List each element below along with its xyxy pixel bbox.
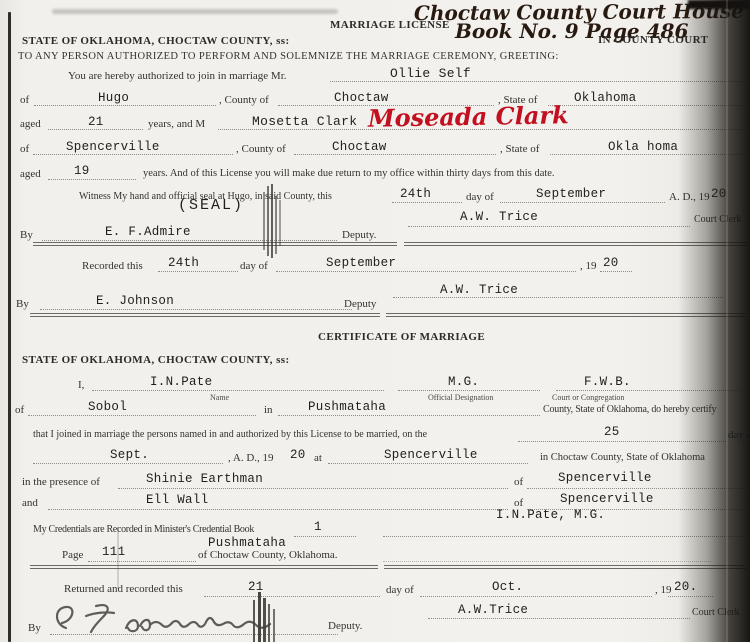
witness-dayof-label: day of (466, 191, 494, 203)
witness1-city-value: Spencerville (558, 471, 652, 485)
joined-label: that I joined in marriage the persons na… (33, 429, 427, 440)
certificate-place-value: Spencerville (384, 448, 478, 462)
ink-stroke (279, 200, 281, 246)
court-sublabel: Court or Congregation (552, 393, 624, 402)
leader-line (392, 202, 462, 203)
returned-clerk-title: Court Clerk (692, 607, 740, 618)
recorded-deputy-label: Deputy (344, 298, 376, 310)
leader-line (48, 509, 508, 510)
certificate-state-heading: STATE OF OKLAHOMA, CHOCTAW COUNTY, ss: (22, 354, 290, 366)
groom-county-label: , County of (219, 94, 269, 106)
marriage-license-scan: Choctaw County Court House Book No. 9 Pa… (0, 0, 750, 642)
leader-line (527, 488, 745, 489)
leader-line (428, 618, 690, 619)
leader-line (398, 390, 540, 391)
credentials-label: My Credentials are Recorded in Minister'… (33, 524, 254, 535)
license-greeting: TO ANY PERSON AUTHORIZED TO PERFORM AND … (18, 51, 559, 62)
witness1-value: Shinie Earthman (146, 472, 263, 486)
certificate-dayof-label: day of (728, 429, 750, 441)
certificate-county-value: Pushmataha (308, 400, 386, 414)
returned-dayof-label: day of (386, 584, 414, 596)
returned-clerk-value: A.W.Trice (458, 603, 528, 617)
certificate-ad-label: , A. D., 19 (228, 452, 274, 464)
leader-line (600, 271, 632, 272)
leader-line (48, 129, 143, 130)
bride-state-value: Okla homa (608, 140, 678, 154)
scan-shadow-top (688, 0, 750, 9)
witness-clerk-title: Court Clerk (694, 214, 742, 225)
returned-day-value: 21 (248, 580, 264, 594)
scan-smudge (52, 9, 338, 14)
leader-line (33, 154, 233, 155)
leader-line (276, 271, 576, 272)
returned-year-value: 20. (674, 580, 697, 594)
deputy-signature (52, 596, 292, 642)
designation-sublabel: Official Designation (428, 393, 493, 402)
leader-line (28, 415, 256, 416)
recorded-deputy-value: E. Johnson (96, 294, 174, 308)
leader-line (48, 179, 136, 180)
recorded-by-label: By (16, 298, 29, 310)
leader-line (548, 105, 745, 106)
bride-age-value: 19 (74, 164, 90, 178)
page-binding-line (8, 12, 11, 642)
leader-line (328, 463, 528, 464)
scan-shadow-seam (726, 0, 728, 642)
certificate-of-label: of (15, 404, 24, 416)
returned-by-label: By (28, 622, 41, 634)
leader-line (294, 154, 496, 155)
leader-line (518, 441, 726, 442)
bride-county-label: , County of (236, 143, 286, 155)
leader-line (40, 309, 352, 310)
recorded-clerk-value: A.W. Trice (440, 283, 518, 297)
recorded-month-value: September (326, 256, 396, 270)
page-value: 111 (102, 545, 125, 559)
witness-year-value: 20 (711, 187, 727, 201)
section-rule (386, 313, 746, 317)
returned-month-value: Oct. (492, 580, 523, 594)
annotation-red-name: Moseada Clark (368, 100, 569, 132)
name-sublabel: Name (210, 393, 229, 402)
bride-aged-label: aged (20, 168, 41, 180)
scan-shadow (678, 0, 750, 642)
section-rule (384, 565, 746, 569)
certificate-city-value: Sobol (88, 400, 127, 414)
bride-city-value: Spencerville (66, 140, 160, 154)
bride-name-value: Mosetta Clark (252, 114, 357, 129)
witness-day-value: 24th (400, 187, 431, 201)
leader-line (88, 561, 196, 562)
leader-line (408, 226, 690, 227)
county-typed-value: Pushmataha (208, 536, 286, 550)
witness1-of-label: of (514, 476, 523, 488)
leader-line (92, 390, 384, 391)
groom-years-label: years, and M (148, 118, 205, 130)
license-state-heading: STATE OF OKLAHOMA, CHOCTAW COUNTY, ss: (22, 35, 290, 47)
bride-of-label: of (20, 143, 29, 155)
witness2-value: Ell Wall (146, 493, 208, 507)
certificate-in-label: in (264, 404, 273, 416)
authorize-label: You are hereby authorized to join in mar… (68, 70, 287, 82)
witness-clerk-value: A.W. Trice (460, 210, 538, 224)
witness2-city-value: Spencerville (560, 492, 654, 506)
ink-stroke (275, 196, 277, 254)
certificate-year-value: 20 (290, 448, 306, 462)
recorded-year-value: 20 (603, 256, 619, 270)
minister-signature-value: I.N.Pate, M.G. (496, 508, 605, 522)
of-county-label: of Choctaw County, Oklahoma. (198, 549, 338, 561)
book-value: 1 (314, 520, 322, 534)
bride-county-value: Choctaw (332, 140, 387, 154)
groom-of-label: of (20, 94, 29, 106)
groom-name-value: Ollie Self (390, 66, 471, 81)
and-label: and (22, 497, 38, 509)
leader-line (500, 202, 665, 203)
witness-deputy-label: Deputy. (342, 229, 376, 241)
certificate-day-value: 25 (604, 425, 620, 439)
section-rule (30, 565, 378, 569)
leader-line (550, 154, 745, 155)
seal-text: (SEAL) (178, 197, 244, 214)
groom-state-value: Oklahoma (574, 91, 636, 105)
leader-line (42, 240, 337, 241)
leader-line (294, 536, 356, 537)
certificate-incounty-label: in Choctaw County, State of Oklahoma (540, 452, 705, 463)
groom-aged-label: aged (20, 118, 41, 130)
section-rule (30, 313, 380, 317)
certificate-i-label: I, (78, 379, 84, 391)
court-value: F.W.B. (584, 375, 631, 389)
witness-by-label: By (20, 229, 33, 241)
recorded-day-value: 24th (168, 256, 199, 270)
witness-month-value: September (536, 187, 606, 201)
leader-line (33, 463, 223, 464)
leader-line (278, 415, 540, 416)
section-rule (404, 242, 748, 246)
recorded-year-label: , 19 (580, 260, 597, 272)
leader-line (118, 488, 508, 489)
license-court-heading: IN COUNTY COURT (598, 34, 708, 46)
groom-city-value: Hugo (98, 91, 129, 105)
returned-deputy-label: Deputy. (328, 620, 362, 632)
witness-deputy-value: E. F.Admire (105, 225, 191, 239)
leader-line (383, 561, 711, 562)
designation-value: M.G. (448, 375, 479, 389)
leader-line (330, 81, 745, 82)
returned-label: Returned and recorded this (64, 583, 183, 595)
ink-stroke (263, 192, 265, 250)
certificate-month-value: Sept. (110, 448, 149, 462)
presence-label: in the presence of (22, 476, 100, 488)
ink-stroke (267, 186, 269, 256)
returned-year-label: , 19 (655, 584, 672, 596)
recorded-label: Recorded this (82, 260, 143, 272)
witness-ad-label: A. D., 19 (669, 191, 710, 203)
leader-line (158, 271, 238, 272)
section-rule (33, 242, 397, 246)
groom-age-value: 21 (88, 115, 104, 129)
leader-line (34, 105, 216, 106)
certificate-county-suffix: County, State of Oklahoma, do hereby cer… (543, 404, 716, 415)
leader-line (556, 390, 742, 391)
certificate-at-label: at (314, 452, 322, 464)
minister-name-value: I.N.Pate (150, 375, 212, 389)
page-label: Page (62, 549, 83, 561)
leader-line (420, 596, 652, 597)
leader-line (383, 536, 745, 537)
license-title: MARRIAGE LICENSE (330, 19, 450, 31)
certificate-title: CERTIFICATE OF MARRIAGE (318, 331, 485, 343)
leader-line (668, 596, 713, 597)
paper-crease (117, 527, 119, 589)
leader-line (393, 297, 723, 298)
ink-stroke (271, 184, 273, 258)
recorded-dayof-label: day of (240, 260, 268, 272)
bride-years-label: years. And of this License you will make… (143, 168, 555, 179)
bride-state-label: , State of (500, 143, 539, 155)
